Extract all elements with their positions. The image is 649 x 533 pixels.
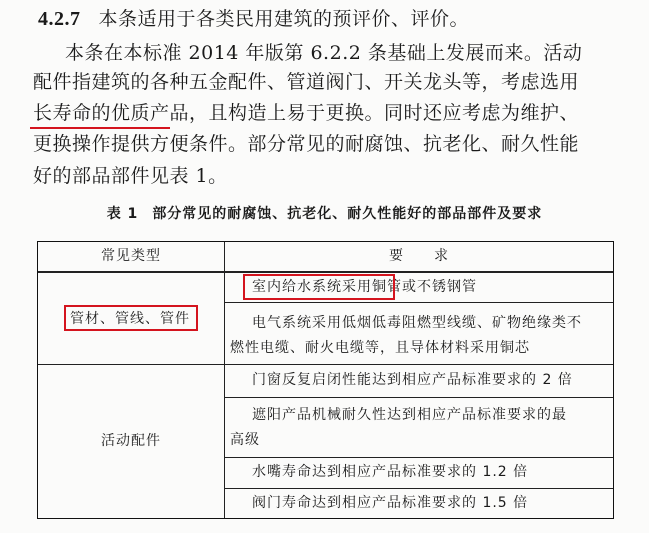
group-divider — [38, 364, 613, 365]
row-divider — [224, 302, 613, 303]
req-shading-line1: 遮阳产品机械耐久性达到相应产品标准要求的最 — [252, 405, 567, 425]
req-faucet: 水嘴寿命达到相应产品标准要求的 1.2 倍 — [252, 462, 528, 482]
red-underline-annotation — [30, 127, 170, 129]
table-caption-title: 部分常见的耐腐蚀、抗老化、耐久性能好的部品部件及要求 — [152, 206, 542, 222]
row-divider — [224, 457, 613, 458]
req-electrical-line1: 电气系统采用低烟低毒阻燃型线缆、矿物绝缘类不 — [252, 313, 582, 333]
row-divider — [224, 397, 613, 398]
table-caption-number: 表 1 — [107, 206, 139, 222]
req-electrical-line2: 燃性电缆、耐火电缆等，且导体材料采用铜芯 — [230, 338, 530, 358]
header-requirements: 要 求 — [225, 246, 613, 266]
red-box-annotation-req — [243, 274, 395, 300]
row-divider — [224, 488, 613, 489]
req-shading-line2: 高级 — [230, 430, 260, 450]
table-caption: 表 1部分常见的耐腐蚀、抗老化、耐久性能好的部品部件及要求 — [0, 203, 649, 223]
body-line-3: 长寿命的优质产品，且构造上易于更换。同时还应考虑为维护、 — [33, 102, 579, 124]
column-divider — [224, 242, 225, 518]
body-line-4: 更换操作提供方便条件。部分常见的耐腐蚀、抗老化、耐久性能 — [33, 133, 579, 155]
requirements-table: 常见类型 要 求 管材、管线、管件 室内给水系统采用铜管或不锈钢管 电气系统采用… — [37, 241, 614, 519]
header-divider — [38, 271, 613, 273]
req-valve: 阀门寿命达到相应产品标准要求的 1.5 倍 — [252, 493, 528, 513]
red-box-annotation-type — [64, 305, 198, 331]
body-line-5: 好的部品部件见表 1。 — [33, 165, 228, 187]
clause-title: 本条适用于各类民用建筑的预评价、评价。 — [99, 8, 470, 30]
clause-heading: 4.2.7本条适用于各类民用建筑的预评价、评价。 — [38, 8, 469, 30]
body-line-2: 配件指建筑的各种五金配件、管道阀门、开关龙头等，考虑选用 — [33, 71, 579, 93]
header-type: 常见类型 — [38, 246, 224, 266]
type-moving-parts: 活动配件 — [38, 431, 224, 451]
body-line-1: 本条在本标准 2014 年版第 6.2.2 条基础上发展而来。活动 — [65, 42, 582, 64]
clause-number: 4.2.7 — [38, 8, 81, 30]
req-windows: 门窗反复启闭性能达到相应产品标准要求的 2 倍 — [252, 370, 573, 390]
